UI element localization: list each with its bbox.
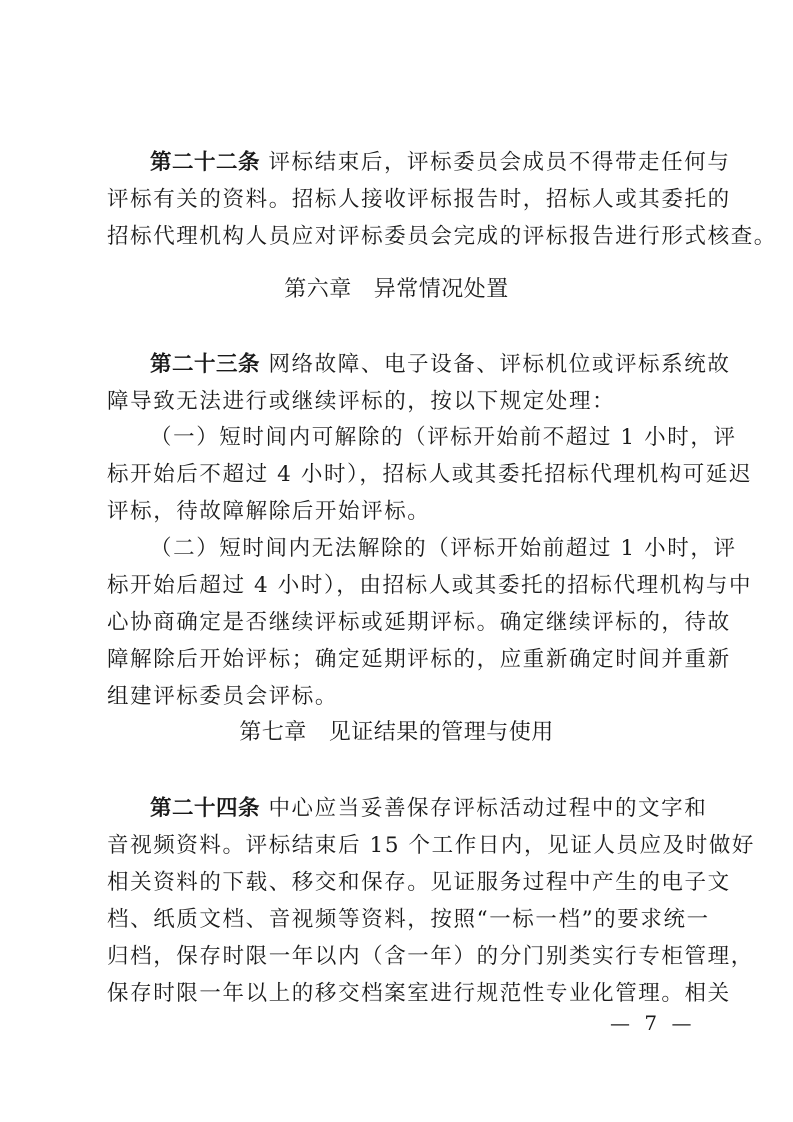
article-22-line-3: 招标代理机构人员应对评标委员会完成的评标报告进行形式核查。: [107, 222, 693, 252]
article-24-line-5: 归档，保存时限一年以内（含一年）的分门别类实行专柜管理，: [107, 942, 693, 972]
chapter-7-title: 见证结果的管理与使用: [329, 720, 554, 745]
article-24-line-1: 第二十四条 中心应当妥善保存评标活动过程中的文字和: [150, 794, 693, 824]
article-22-label: 第二十二条: [150, 150, 260, 175]
article-23-line-1: 第二十三条 网络故障、电子设备、评标机位或评标系统故: [150, 350, 693, 380]
article-24-label: 第二十四条: [150, 796, 260, 821]
chapter-6-title: 异常情况处置: [374, 277, 509, 302]
article-24-line-4: 档、纸质文档、音视频等资料，按照“一标一档”的要求统一: [107, 905, 693, 935]
article-23-line-2: 障导致无法进行或继续评标的，按以下规定处理：: [107, 387, 693, 417]
article-23-item-1-line-1: （一）短时间内可解除的（评标开始前不超过 1 小时，评: [150, 423, 693, 453]
article-24-line-6: 保存时限一年以上的移交档案室进行规范性专业化管理。相关: [107, 979, 693, 1009]
article-23-item-2-line-5: 组建评标委员会评标。: [107, 682, 693, 712]
article-23-label: 第二十三条: [150, 352, 260, 377]
chapter-6-number: 第六章: [284, 277, 352, 302]
article-22-line-1: 第二十二条 评标结束后，评标委员会成员不得带走任何与: [150, 148, 693, 178]
article-23-item-2-line-4: 障解除后开始评标；确定延期评标的，应重新确定时间并重新: [107, 645, 693, 675]
article-23-item-2-line-1: （二）短时间内无法解除的（评标开始前超过 1 小时，评: [150, 534, 693, 564]
chapter-7-number: 第七章: [239, 720, 307, 745]
document-page: 第二十二条 评标结束后，评标委员会成员不得带走任何与 评标有关的资料。招标人接收…: [0, 0, 793, 1122]
article-23-item-2-line-3: 心协商确定是否继续评标或延期评标。确定继续评标的，待故: [107, 608, 693, 638]
chapter-7-heading: 第七章见证结果的管理与使用: [0, 718, 793, 748]
article-23-item-2-line-2: 标开始后超过 4 小时），由招标人或其委托的招标代理机构与中: [107, 571, 693, 601]
article-24-line-3: 相关资料的下载、移交和保存。见证服务过程中产生的电子文: [107, 868, 693, 898]
article-23-item-1-line-3: 评标，待故障解除后开始评标。: [107, 497, 693, 527]
article-23-item-1-line-2: 标开始后不超过 4 小时），招标人或其委托招标代理机构可延迟: [107, 460, 693, 490]
page-number: — 7 —: [610, 1010, 695, 1036]
article-24-line-2: 音视频资料。评标结束后 15 个工作日内，见证人员应及时做好: [107, 831, 693, 861]
chapter-6-heading: 第六章异常情况处置: [0, 275, 793, 305]
article-22-line-2: 评标有关的资料。招标人接收评标报告时，招标人或其委托的: [107, 185, 693, 215]
